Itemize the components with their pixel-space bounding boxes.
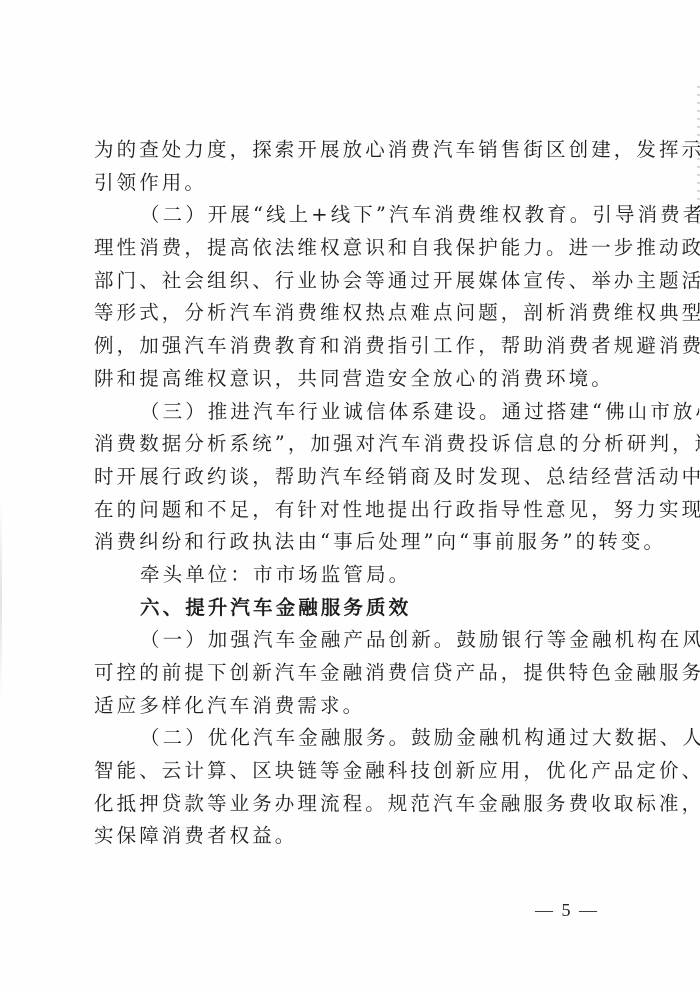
section-6-heading: 六、提升汽车金融服务质效 bbox=[94, 592, 610, 625]
text-line: 化抵押贷款等业务办理流程。规范汽车金融服务费收取标准，切 bbox=[94, 788, 610, 821]
text-line: 引领作用。 bbox=[94, 167, 610, 200]
text-line: 消费纠纷和行政执法由“事后处理”向“事前服务”的转变。 bbox=[94, 526, 610, 559]
subsection-2-line: （二）开展“线上+线下”汽车消费维权教育。引导消费者 bbox=[94, 199, 610, 232]
document-page: 为的查处力度，探索开展放心消费汽车销售街区创建，发挥示范 引领作用。 （二）开展… bbox=[0, 0, 700, 989]
document-body: 为的查处力度，探索开展放心消费汽车销售街区创建，发挥示范 引领作用。 （二）开展… bbox=[94, 134, 610, 853]
text-line: 等形式，分析汽车消费维权热点难点问题，剖析消费维权典型案 bbox=[94, 297, 610, 330]
lead-unit-line: 牵头单位：市市场监管局。 bbox=[94, 559, 610, 592]
page-number: — 5 — bbox=[535, 900, 599, 921]
text-line: 理性消费，提高依法维权意识和自我保护能力。进一步推动政府 bbox=[94, 232, 610, 265]
text-line: 为的查处力度，探索开展放心消费汽车销售街区创建，发挥示范 bbox=[94, 134, 610, 167]
text-line: 适应多样化汽车消费需求。 bbox=[94, 690, 610, 723]
text-line: 部门、社会组织、行业协会等通过开展媒体宣传、举办主题活动 bbox=[94, 265, 610, 298]
text-line: 例，加强汽车消费教育和消费指引工作，帮助消费者规避消费陷 bbox=[94, 330, 610, 363]
subsection-6-1-line: （一）加强汽车金融产品创新。鼓励银行等金融机构在风险 bbox=[94, 624, 610, 657]
text-line: 时开展行政约谈，帮助汽车经销商及时发现、总结经营活动中存 bbox=[94, 461, 610, 494]
text-line: 在的问题和不足，有针对性地提出行政指导性意见，努力实现将 bbox=[94, 494, 610, 527]
text-line: 阱和提高维权意识，共同营造安全放心的消费环境。 bbox=[94, 363, 610, 396]
text-line: 消费数据分析系统”，加强对汽车消费投诉信息的分析研判，适 bbox=[94, 428, 610, 461]
text-line: 智能、云计算、区块链等金融科技创新应用，优化产品定价、简 bbox=[94, 755, 610, 788]
scan-edge-left bbox=[0, 500, 2, 700]
subsection-3-line: （三）推进汽车行业诚信体系建设。通过搭建“佛山市放心 bbox=[94, 396, 610, 429]
subsection-6-2-line: （二）优化汽车金融服务。鼓励金融机构通过大数据、人工 bbox=[94, 722, 610, 755]
text-line: 实保障消费者权益。 bbox=[94, 820, 610, 853]
text-line: 可控的前提下创新汽车金融消费信贷产品，提供特色金融服务， bbox=[94, 657, 610, 690]
